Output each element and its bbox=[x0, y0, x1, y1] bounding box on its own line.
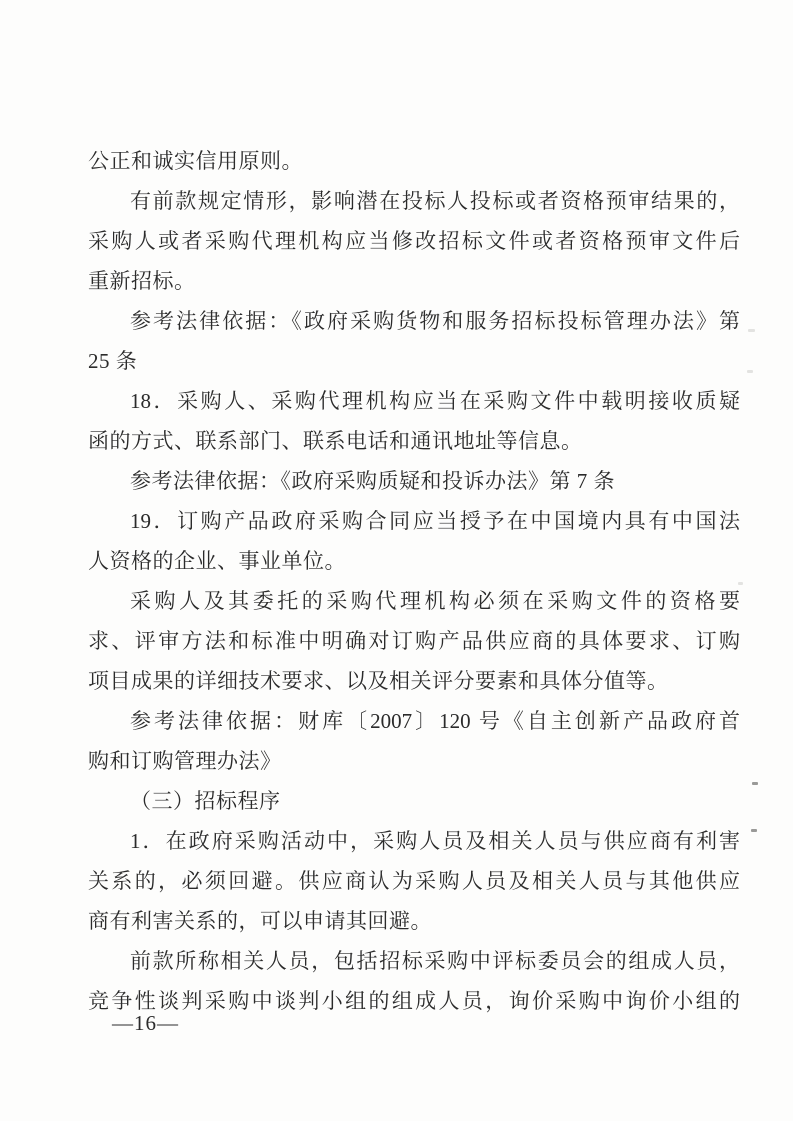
scan-speck bbox=[748, 329, 755, 332]
text-line: 19．订购产品政府采购合同应当授予在中国境内具有中国法 bbox=[88, 501, 740, 541]
document-page: 公正和诚实信用原则。 有前款规定情形，影响潜在投标人投标或者资格预审结果的， 采… bbox=[0, 0, 793, 1121]
text-line: 项目成果的详细技术要求、以及相关评分要素和具体分值等。 bbox=[88, 661, 740, 701]
text-line: 1．在政府采购活动中，采购人员及相关人员与供应商有利害 bbox=[88, 821, 740, 861]
text-line: 关系的，必须回避。供应商认为采购人员及相关人员与其他供应 bbox=[88, 861, 740, 901]
text-line: （三）招标程序 bbox=[88, 781, 740, 821]
text-line: 前款所称相关人员，包括招标采购中评标委员会的组成人员， bbox=[88, 941, 740, 981]
text-line: 参考法律依据：财库〔2007〕120 号《自主创新产品政府首 bbox=[88, 701, 740, 741]
scan-speck bbox=[731, 721, 736, 724]
text-line: 25 条 bbox=[88, 341, 740, 381]
scan-speck bbox=[752, 782, 758, 785]
text-line: 采购人或者采购代理机构应当修改招标文件或者资格预审文件后 bbox=[88, 221, 740, 261]
scan-speck bbox=[747, 370, 753, 373]
scan-speck bbox=[751, 829, 757, 832]
scan-speck bbox=[738, 582, 743, 585]
text-line: 竞争性谈判采购中谈判小组的组成人员，询价采购中询价小组的 bbox=[88, 981, 740, 1021]
page-number: —16— bbox=[112, 1005, 179, 1041]
text-block: 公正和诚实信用原则。 有前款规定情形，影响潜在投标人投标或者资格预审结果的， 采… bbox=[88, 141, 740, 1021]
text-line: 函的方式、联系部门、联系电话和通讯地址等信息。 bbox=[88, 421, 740, 461]
text-line: 参考法律依据：《政府采购质疑和投诉办法》第 7 条 bbox=[88, 461, 740, 501]
text-line: 商有利害关系的，可以申请其回避。 bbox=[88, 901, 740, 941]
text-line: 购和订购管理办法》 bbox=[88, 741, 740, 781]
text-line: 18．采购人、采购代理机构应当在采购文件中载明接收质疑 bbox=[88, 381, 740, 421]
text-line: 人资格的企业、事业单位。 bbox=[88, 541, 740, 581]
text-line: 采购人及其委托的采购代理机构必须在采购文件的资格要 bbox=[88, 581, 740, 621]
text-line: 参考法律依据：《政府采购货物和服务招标投标管理办法》第 bbox=[88, 301, 740, 341]
text-line: 公正和诚实信用原则。 bbox=[88, 141, 740, 181]
text-line: 求、评审方法和标准中明确对订购产品供应商的具体要求、订购 bbox=[88, 621, 740, 661]
text-line: 重新招标。 bbox=[88, 261, 740, 301]
text-line: 有前款规定情形，影响潜在投标人投标或者资格预审结果的， bbox=[88, 181, 740, 221]
